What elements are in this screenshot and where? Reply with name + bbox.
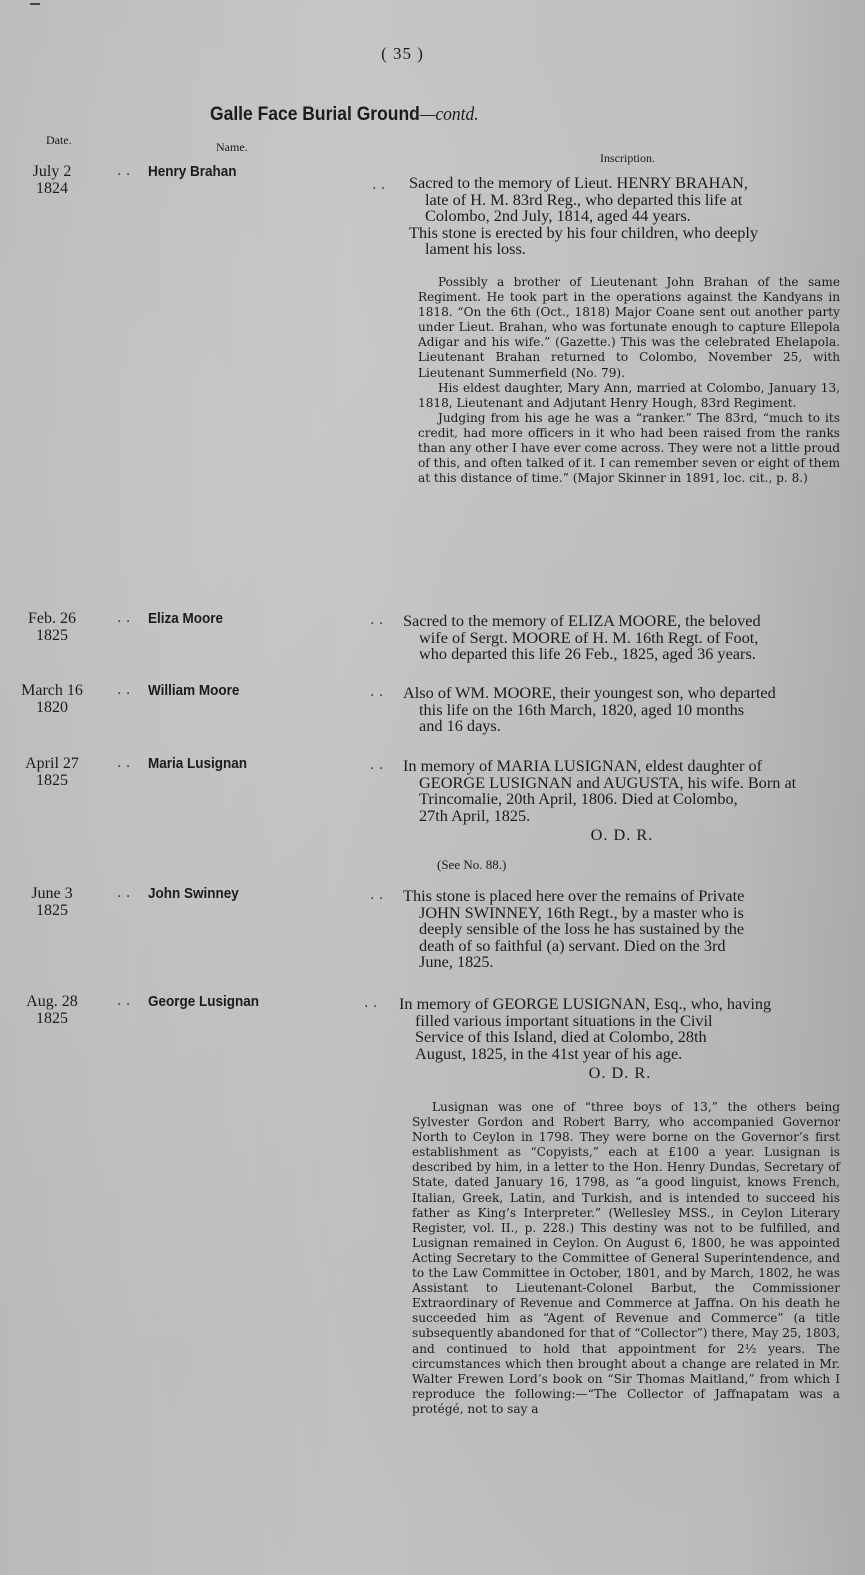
date-day: Feb. 26 (28, 610, 76, 627)
inscription: In memory of GEORGE LUSIGNAN, Esq., who,… (400, 996, 840, 1082)
note-paragraph: His eldest daughter, Mary Ann, married a… (418, 381, 840, 411)
date-day: July 2 (33, 163, 72, 180)
date-day: Aug. 28 (26, 993, 78, 1010)
page-title: Galle Face Burial Ground—contd. (210, 104, 479, 126)
date-year: 1825 (36, 1010, 68, 1027)
entry-date: June 31825 (0, 885, 104, 919)
editor-note: Lusignan was one of “three boys of 13,” … (412, 1100, 840, 1417)
note-paragraph: Possibly a brother of Lieutenant John Br… (418, 275, 840, 381)
cross-reference: (See No. 88.) (437, 857, 506, 873)
inscription: Sacred to the memory of ELIZA MOORE, the… (404, 613, 840, 663)
closing-initials: O. D. R. (400, 1065, 840, 1082)
book-page: ( 35 ) Galle Face Burial Ground—contd. D… (0, 0, 865, 1575)
entry-name: George Lusignan (148, 993, 259, 1010)
column-header-date: Date. (46, 133, 72, 148)
inscription-line: lament his loss. (410, 241, 840, 258)
leader-dots: . . (117, 993, 130, 1009)
inscription: This stone is placed here over the remai… (404, 888, 840, 971)
inscription-line: August, 1825, in the 41st year of his ag… (400, 1046, 840, 1063)
entry-date: Feb. 261825 (0, 610, 104, 644)
entry-name: Eliza Moore (148, 610, 223, 627)
date-day: June 3 (31, 885, 72, 902)
inscription: Sacred to the memory of Lieut. HENRY BRA… (410, 175, 840, 258)
inscription-line: 27th April, 1825. (404, 808, 840, 825)
leader-dots: . . (117, 610, 130, 626)
entry-name: Maria Lusignan (148, 755, 247, 772)
column-header-name: Name. (216, 140, 248, 155)
entry-name: William Moore (148, 682, 239, 699)
leader-dots: . . (117, 885, 130, 901)
entry-date: Aug. 281825 (0, 993, 104, 1027)
leader-dots: . . (117, 163, 130, 179)
title-text: Galle Face Burial Ground (210, 104, 420, 125)
leader-dots: . . (370, 757, 383, 773)
editor-note: Possibly a brother of Lieutenant John Br… (418, 275, 840, 486)
column-header-inscription: Inscription. (600, 151, 655, 166)
date-year: 1820 (36, 699, 68, 716)
date-day: March 16 (21, 682, 83, 699)
note-paragraph: Judging from his age he was a “ranker.” … (418, 411, 840, 486)
closing-initials: O. D. R. (404, 827, 840, 844)
leader-dots: . . (117, 755, 130, 771)
inscription-line: who departed this life 26 Feb., 1825, ag… (404, 646, 840, 663)
date-year: 1824 (36, 180, 68, 197)
leader-dots: . . (370, 887, 383, 903)
page-number: ( 35 ) (0, 44, 805, 64)
entry-date: July 21824 (0, 163, 104, 197)
leader-dots: . . (117, 682, 130, 698)
leader-dots: . . (370, 612, 383, 628)
note-paragraph: Lusignan was one of “three boys of 13,” … (412, 1100, 840, 1417)
leader-dots: . . (364, 995, 377, 1011)
date-year: 1825 (36, 772, 68, 789)
date-year: 1825 (36, 902, 68, 919)
entry-date: March 161820 (0, 682, 104, 716)
inscription: In memory of MARIA LUSIGNAN, eldest daug… (404, 758, 840, 844)
inscription-line: June, 1825. (404, 954, 840, 971)
scan-mark (30, 3, 40, 5)
date-day: April 27 (25, 755, 79, 772)
entry-name: Henry Brahan (148, 163, 237, 180)
date-year: 1825 (36, 627, 68, 644)
title-suffix: —contd. (420, 104, 479, 125)
inscription: Also of WM. MOORE, their youngest son, w… (404, 685, 840, 735)
entry-date: April 271825 (0, 755, 104, 789)
inscription-line: and 16 days. (404, 718, 840, 735)
leader-dots: . . (372, 177, 385, 193)
entry-name: John Swinney (148, 885, 239, 902)
leader-dots: . . (370, 684, 383, 700)
